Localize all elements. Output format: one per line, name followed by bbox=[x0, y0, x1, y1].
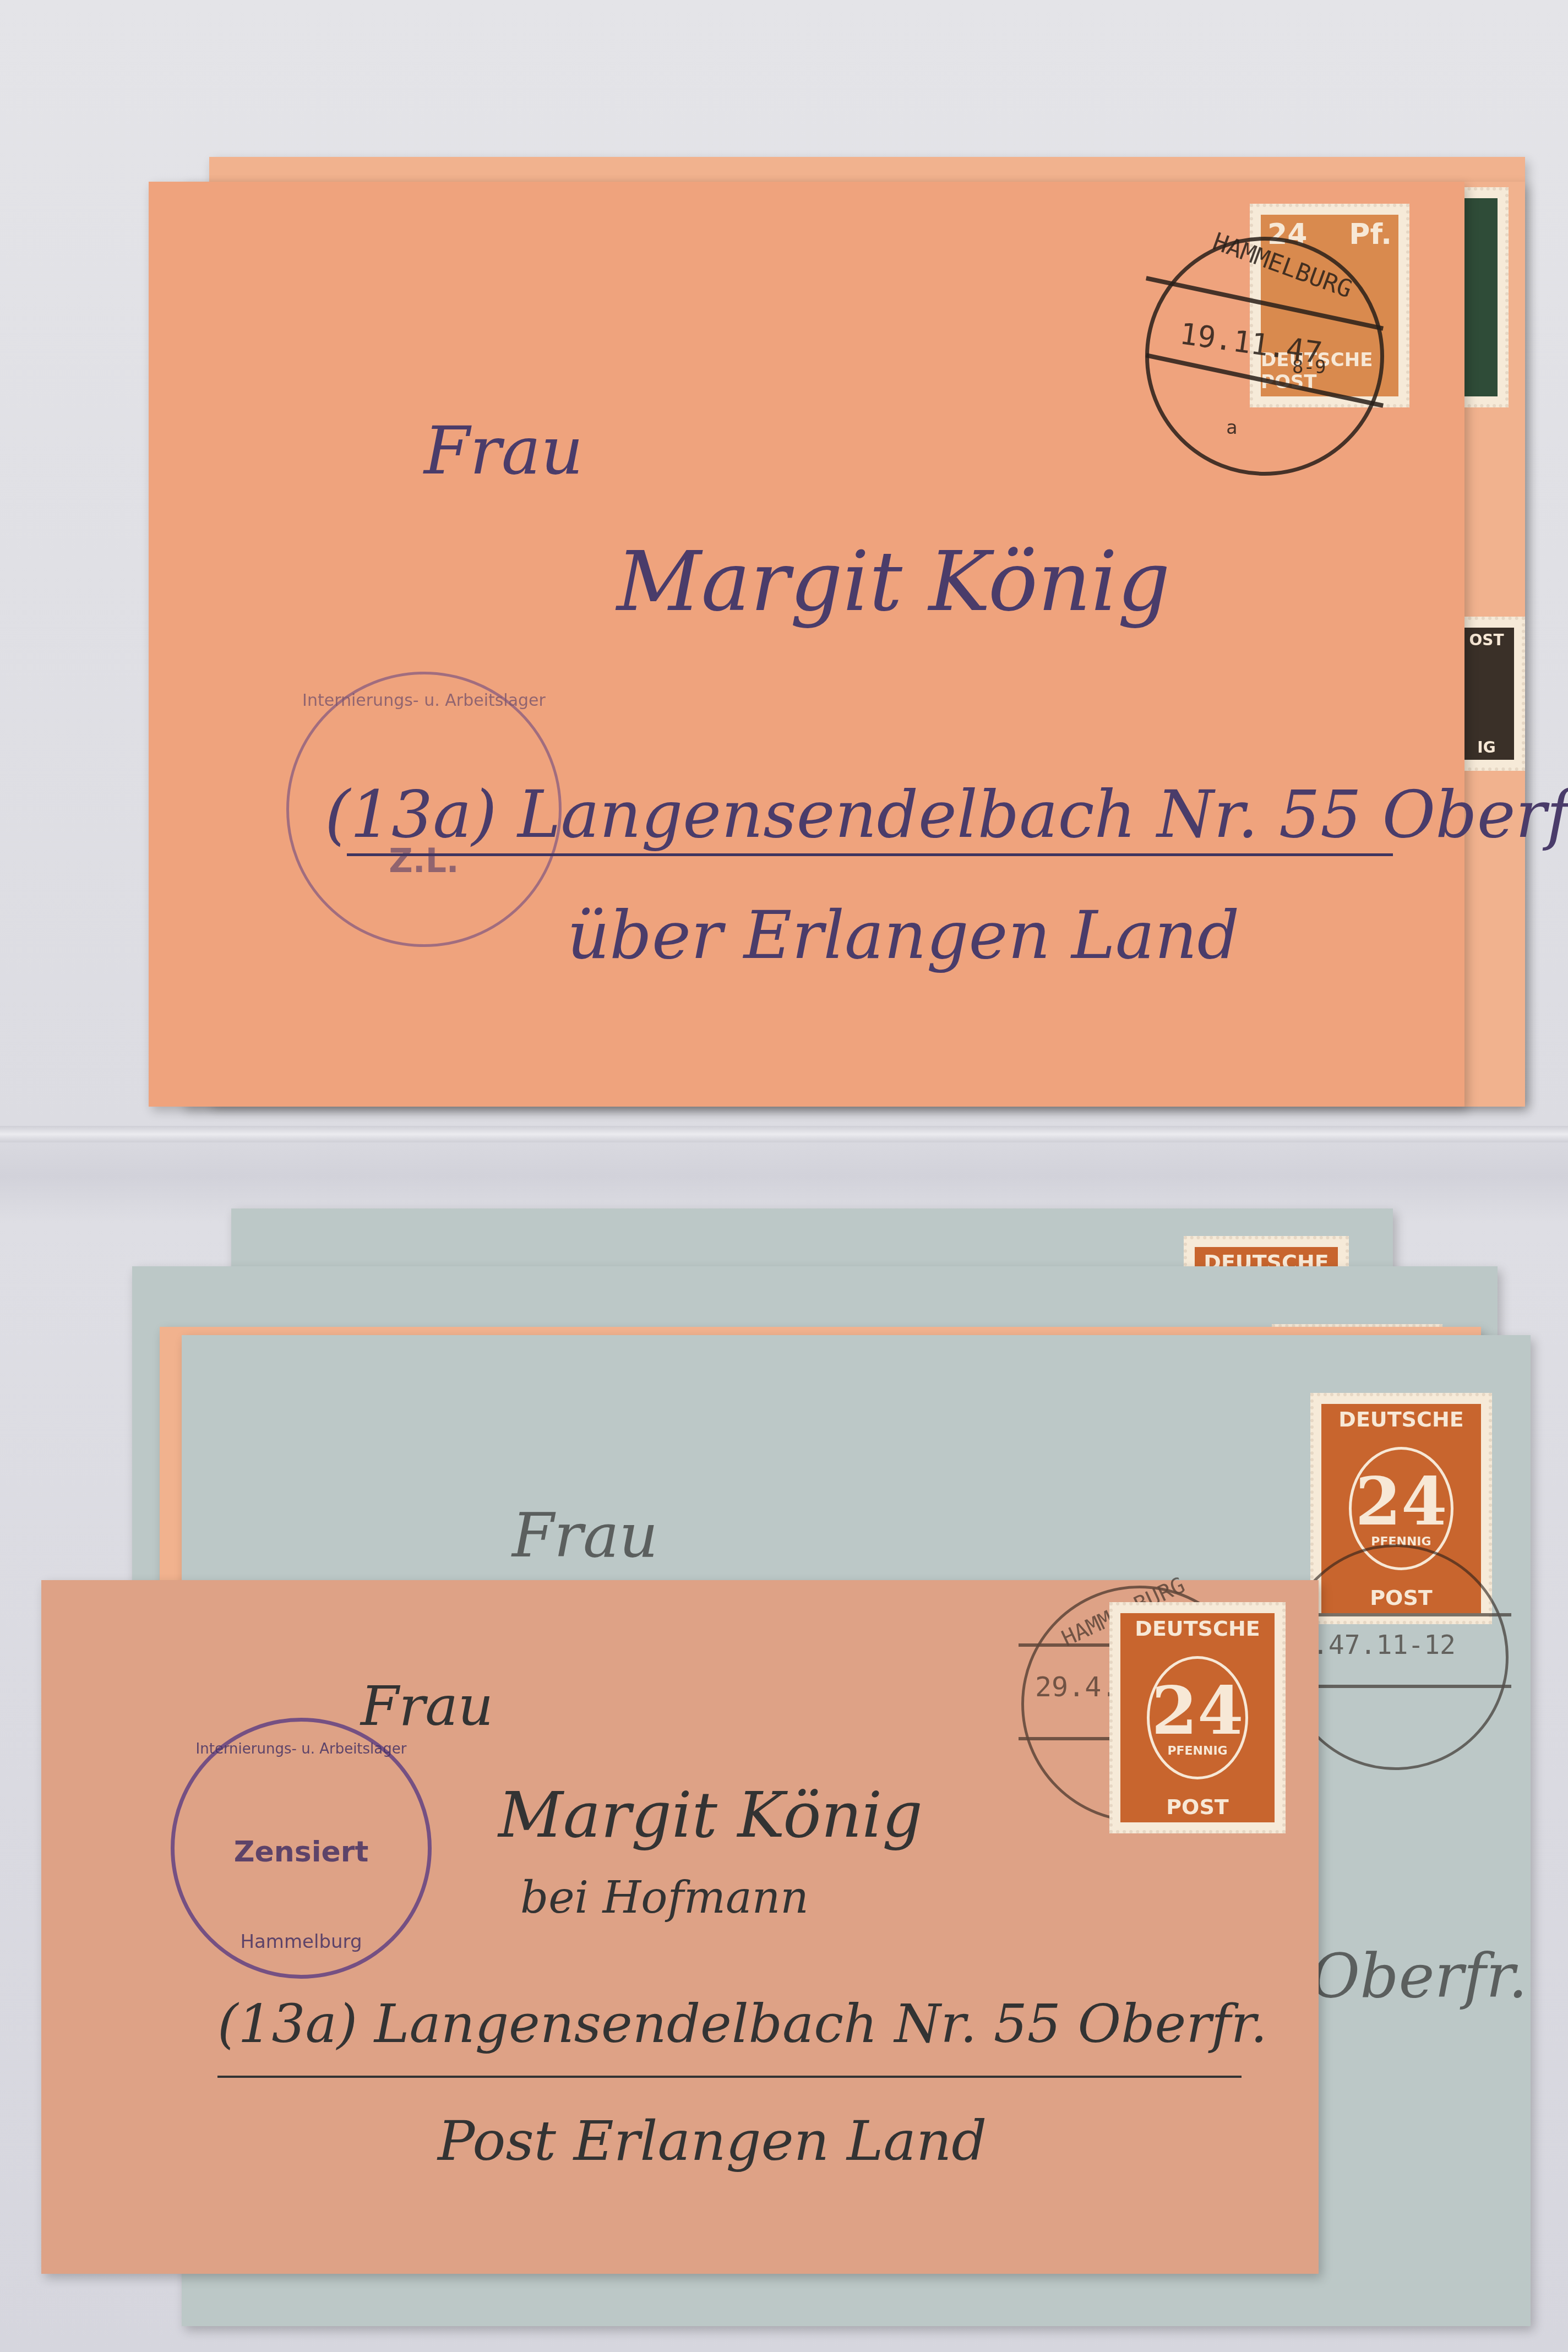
stamp-issuer: DEUTSCHE bbox=[1135, 1616, 1260, 1641]
stamp-text: OST bbox=[1469, 631, 1504, 649]
front-cover-envelope: HAMMELBURG 29.4.47 DEUTSCHE 24 PFENNIG P… bbox=[41, 1580, 1319, 2274]
address-underline bbox=[347, 853, 1393, 856]
address-via: über Erlangen Land bbox=[567, 897, 1239, 974]
censor-ring-text: Internierungs- u. Arbeitslager bbox=[289, 691, 559, 710]
address-salutation: Frau bbox=[512, 1500, 658, 1571]
top-cover-envelope: 24 Pf. DEUTSCHE POST HAMMELBURG 19.11.47… bbox=[149, 182, 1464, 1107]
stamp-value: 24 bbox=[1355, 1469, 1447, 1535]
stamp-issuer: DEUTSCHE bbox=[1338, 1407, 1463, 1431]
address-street: (13a) Langensendelbach Nr. 55 Oberfr. bbox=[217, 1993, 1267, 2055]
address-tail: Oberfr. bbox=[1310, 1941, 1527, 2011]
postmark-time: 8-9 bbox=[1292, 356, 1326, 378]
postmark-date: 4.47.11-12 bbox=[1297, 1630, 1456, 1660]
stamp-value: 24 bbox=[1152, 1678, 1244, 1744]
postmark-code: a bbox=[1226, 417, 1237, 439]
censor-ring-top: Internierungs- u. Arbeitslager bbox=[175, 1741, 428, 1757]
stamp-bottom: POST bbox=[1166, 1795, 1228, 1819]
front-cover-censor-mark: Internierungs- u. Arbeitslager Zensiert … bbox=[171, 1718, 432, 1979]
censor-ring-bottom: Hammelburg bbox=[175, 1931, 428, 1953]
address-salutation: Frau bbox=[424, 413, 583, 489]
album-sleeve-divider bbox=[0, 1126, 1568, 1142]
address-name: Margit König bbox=[498, 1778, 923, 1852]
stamp-unit: PFENNIG bbox=[1167, 1744, 1227, 1758]
address-name: Margit König bbox=[617, 534, 1170, 630]
address-underline bbox=[217, 2076, 1242, 2078]
address-via: Post Erlangen Land bbox=[438, 2109, 987, 2173]
censor-center-text: Zensiert bbox=[175, 1836, 428, 1869]
address-care-of: bei Hofmann bbox=[520, 1872, 809, 1923]
address-street: (13a) Langensendelbach Nr. 55 Oberfr. bbox=[325, 776, 1568, 852]
stamp-unit: Pf. bbox=[1349, 218, 1392, 251]
address-salutation: Frau bbox=[361, 1674, 493, 1738]
top-cover-postmark: HAMMELBURG 19.11.47 8-9 a bbox=[1145, 237, 1384, 476]
stamp-text: IG bbox=[1477, 738, 1495, 756]
front-cover-stamp: DEUTSCHE 24 PFENNIG POST bbox=[1109, 1602, 1286, 1833]
